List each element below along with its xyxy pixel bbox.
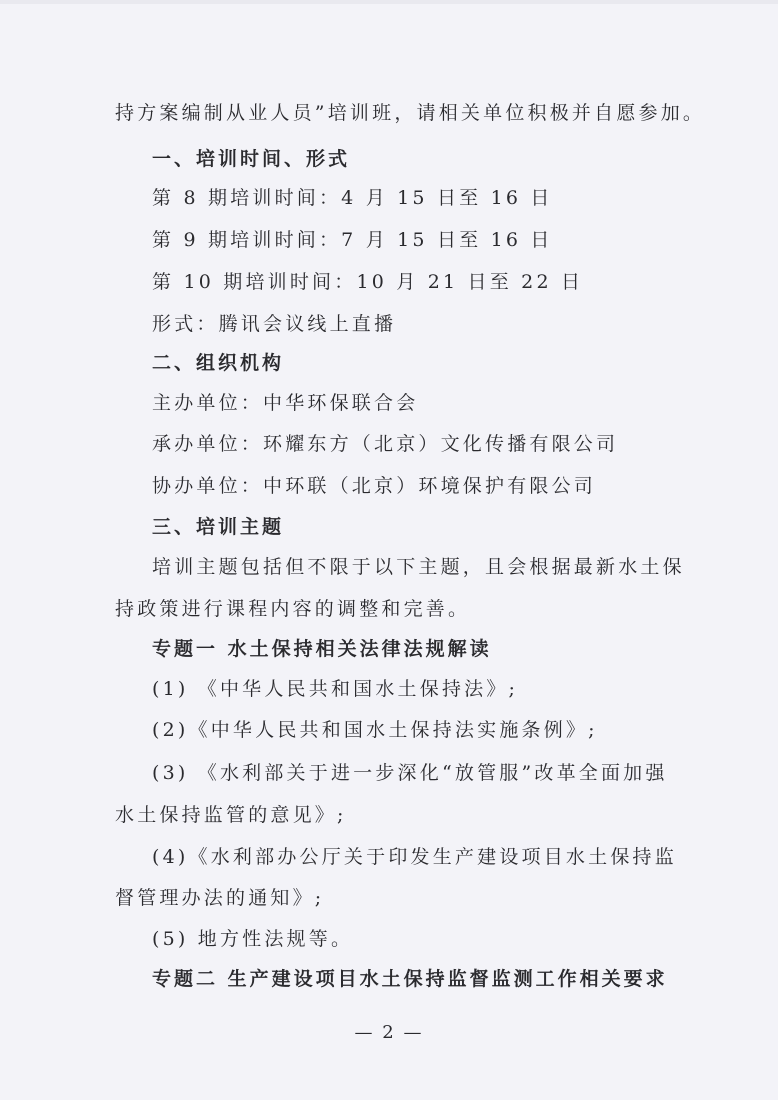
topic-one-item-2: (2)《中华人民共和国水土保持法实施条例》;: [152, 718, 598, 742]
topic-one-item-3-continued: 水土保持监管的意见》;: [115, 803, 347, 827]
session-8-date: 第 8 期培训时间：4 月 15 日至 16 日: [152, 186, 553, 210]
topic-two-heading: 专题二 生产建设项目水土保持监督监测工作相关要求: [152, 967, 668, 991]
topics-paragraph: 培训主题包括但不限于以下主题，且会根据最新水土保: [152, 555, 685, 579]
document-page: 持方案编制从业人员”培训班，请相关单位积极并自愿参加。 一、培训时间、形式 第 …: [0, 0, 778, 1100]
topic-one-item-4: (4)《水利部办公厅关于印发生产建设项目水土保持监: [152, 845, 677, 869]
topic-one-item-4-continued: 督管理办法的通知》;: [115, 886, 324, 910]
topic-one-heading: 专题一 水土保持相关法律法规解读: [152, 637, 492, 661]
organizer: 承办单位：环耀东方（北京）文化传播有限公司: [152, 432, 618, 456]
page-number: — 2 —: [0, 1022, 778, 1043]
training-format: 形式：腾讯会议线上直播: [152, 312, 396, 336]
co-organizer: 协办单位：中环联（北京）环境保护有限公司: [152, 474, 596, 498]
topic-one-item-5: (5) 地方性法规等。: [152, 927, 353, 951]
topics-paragraph-continued: 持政策进行课程内容的调整和完善。: [115, 597, 470, 621]
section-heading-organization: 二、组织机构: [152, 351, 284, 375]
session-10-date: 第 10 期培训时间：10 月 21 日至 22 日: [152, 270, 583, 294]
topic-one-item-1: (1) 《中华人民共和国水土保持法》;: [152, 677, 518, 701]
page-top-edge: [0, 0, 778, 4]
host-organization: 主办单位：中华环保联合会: [152, 391, 418, 415]
section-heading-training-time: 一、培训时间、形式: [152, 147, 350, 171]
section-heading-topics: 三、培训主题: [152, 515, 284, 539]
paragraph-continuation: 持方案编制从业人员”培训班，请相关单位积极并自愿参加。: [115, 101, 705, 125]
session-9-date: 第 9 期培训时间：7 月 15 日至 16 日: [152, 228, 553, 252]
topic-one-item-3: (3) 《水利部关于进一步深化“放管服”改革全面加强: [152, 761, 668, 785]
